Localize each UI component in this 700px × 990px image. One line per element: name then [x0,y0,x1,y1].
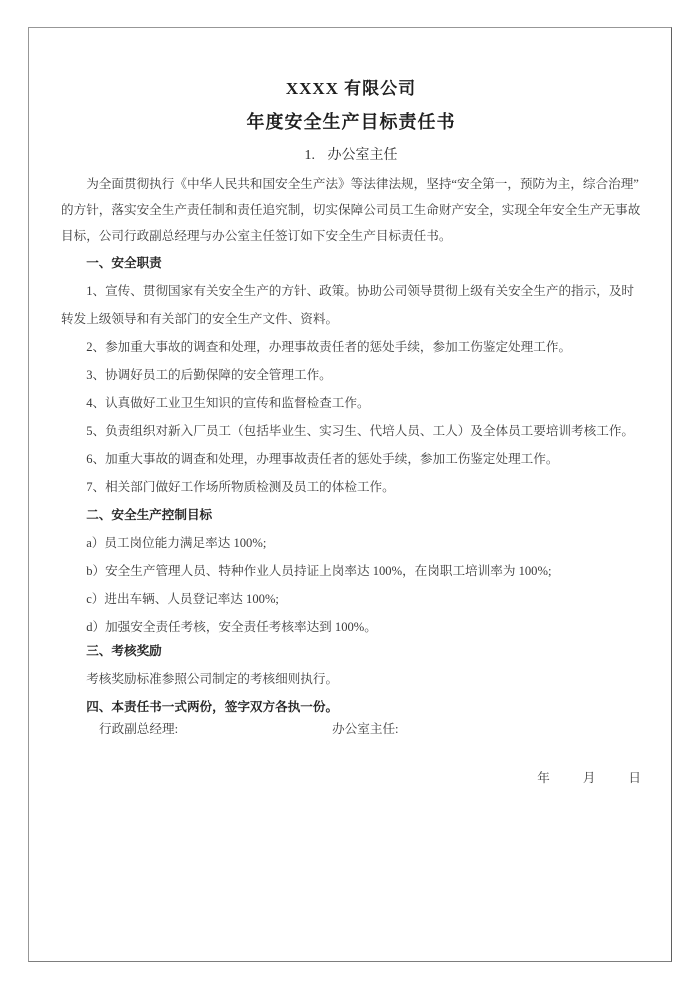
section-heading: 三、考核奖励 [61,637,641,665]
document-title: 年度安全生产目标责任书 [61,110,641,134]
signature-label-office-director: 办公室主任: [332,722,398,736]
list-item-line: 转发上级领导和有关部门的安全生产文件、资料。 [61,305,641,333]
list-item-line: 3、协调好员工的后勤保障的安全管理工作。 [61,361,641,389]
list-item-line: 4、认真做好工业卫生知识的宣传和监督检查工作。 [61,389,641,417]
date-line: 年月日 [61,764,641,792]
list-item-line: 1、宣传、贯彻国家有关安全生产的方针、政策。协助公司领导贯彻上级有关安全生产的指… [61,277,641,305]
signature-label-deputy-gm: 行政副总经理: [99,722,178,736]
section-heading: 二、安全生产控制目标 [61,501,641,529]
list-item-line: a）员工岗位能力满足率达 100%; [61,529,641,557]
role-section-number: 1. [304,148,315,163]
section-heading: 一、安全职责 [61,249,641,277]
date-day-label: 日 [628,771,641,785]
list-item-line: b）安全生产管理人员、特种作业人员持证上岗率达 100%，在岗职工培训率为 10… [61,557,641,585]
section-safety-duties: 一、安全职责 1、宣传、贯彻国家有关安全生产的方针、政策。协助公司领导贯彻上级有… [61,249,641,501]
list-item-line: 7、相关部门做好工作场所物质检测及员工的体检工作。 [61,473,641,501]
intro-paragraph: 为全面贯彻执行《中华人民共和国安全生产法》等法律法规，坚持“安全第一，预防为主，… [61,171,641,249]
body-line: 考核奖励标准参照公司制定的考核细则执行。 [61,665,641,693]
date-month-label: 月 [583,771,596,785]
list-item-line: c）进出车辆、人员登记率达 100%; [61,585,641,613]
intro-line: 目标，公司行政副总经理与办公室主任签订如下安全生产目标责任书。 [61,223,641,249]
list-item-line: 2、参加重大事故的调查和处理，办理事故责任者的惩处手续，参加工伤鉴定处理工作。 [61,333,641,361]
list-item-line: 5、负责组织对新入厂员工（包括毕业生、实习生、代培人员、工人）及全体员工要培训考… [61,417,641,445]
list-item-line: 6、加重大事故的调查和处理，办理事故责任者的惩处手续，参加工伤鉴定处理工作。 [61,445,641,473]
intro-line: 的方针，落实安全生产责任制和责任追究制，切实保障公司员工生命财产安全，实现全年安… [61,197,641,223]
company-title: XXXX 有限公司 [61,78,641,100]
signature-row: 行政副总经理:办公室主任: [61,715,641,743]
section-assessment-reward: 三、考核奖励 考核奖励标准参照公司制定的考核细则执行。 [61,637,641,693]
document-content: XXXX 有限公司 年度安全生产目标责任书 1.办公室主任 为全面贯彻执行《中华… [29,78,671,792]
intro-line: 为全面贯彻执行《中华人民共和国安全生产法》等法律法规，坚持“安全第一，预防为主，… [61,171,641,197]
role-section-heading: 1.办公室主任 [61,147,641,165]
date-year-label: 年 [537,771,550,785]
role-section-name: 办公室主任 [328,148,398,163]
section-control-targets: 二、安全生产控制目标 a）员工岗位能力满足率达 100%; b）安全生产管理人员… [61,501,641,641]
document-page: XXXX 有限公司 年度安全生产目标责任书 1.办公室主任 为全面贯彻执行《中华… [28,27,672,962]
